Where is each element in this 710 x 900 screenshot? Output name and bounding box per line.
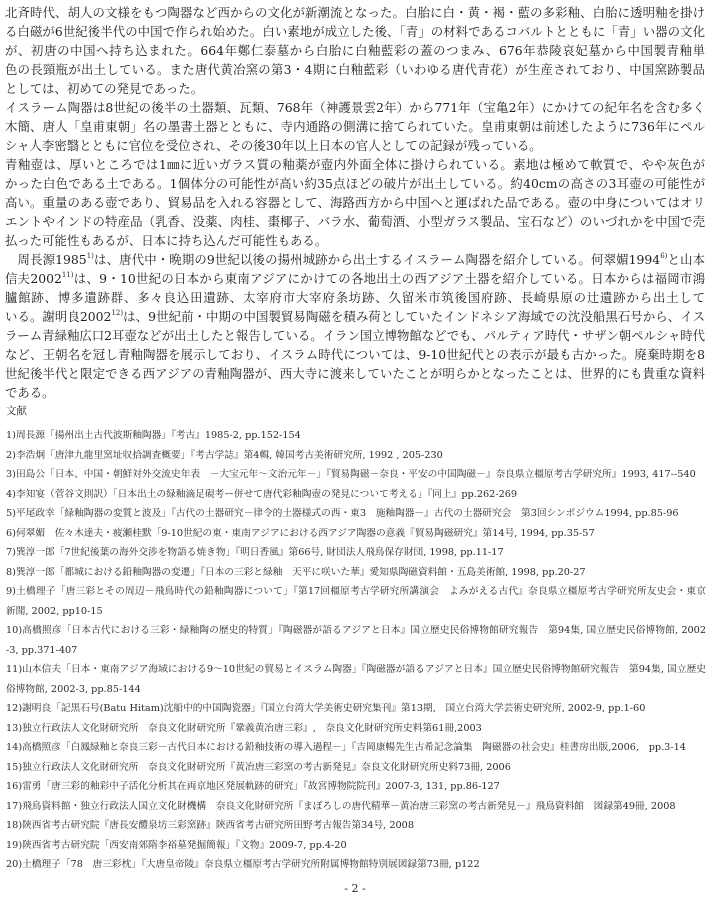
body-line: かった白色である土である。1個体分の可能性が高い約35点ほどの破片が出土している… xyxy=(5,174,705,193)
body-text-segment: は、唐代中・晩期の9世紀以後の揚州城跡から出土するイスラーム陶器を紹介している。… xyxy=(94,252,660,267)
reference-item: 20)土橋理子「78 唐三彩枕」『大唐皇帝陵』奈良県立橿原考古学研究所附属博物館… xyxy=(6,855,706,875)
reference-item: 12)謝明良「記黒石号(Batu Hitam)沈船中的中国陶瓷器」『国立台湾大学… xyxy=(6,699,706,719)
citation-marker: 12) xyxy=(111,309,123,317)
reference-item: 5)平尾政幸「緑釉陶器の変質と波及」『古代の土器研究－律令的土器様式の西・東3 … xyxy=(6,504,706,524)
references-heading: 文献 xyxy=(6,402,27,421)
reference-item-continuation: 新聞, 2002, pp10-15 xyxy=(6,602,706,622)
reference-item: 7)巽淳一郎「7世紀後葉の海外交渉を物語る焼き物」『明日香風』第66号, 財団法… xyxy=(6,543,706,563)
body-line: イスラーム陶器は8世紀の後半の土器類、瓦類、768年（神護景雲2年）から771年… xyxy=(5,98,705,117)
body-line: る白磁が6世紀後半代の中国で作られ始めた。白い素地が成立した後、「青」の材料であ… xyxy=(5,22,705,41)
body-line: 臚館跡、博多遺跡群、多々良込田遺跡、太宰府市大宰府条坊跡、久留米市筑後国府跡、長… xyxy=(5,288,705,307)
paragraph-prior-research: 周長源19851)は、唐代中・晩期の9世紀以後の揚州城跡から出土するイスラーム陶… xyxy=(5,250,705,402)
reference-item: 18)陝西省考古研究院『唐長安醴泉坊三彩窯跡』陝西省考古研究所田野考古報告第34… xyxy=(6,816,706,836)
reference-item-continuation: -3, pp.371-407 xyxy=(6,641,706,661)
reference-item-continuation: 俗博物館, 2002-3, pp.85-144 xyxy=(6,680,706,700)
reference-item: 13)独立行政法人文化財研究所 奈良文化財研究所『鞏義黄冶唐三彩』, 奈良文化財… xyxy=(6,719,706,739)
reference-item: 11)山本信夫「日本・東南アジア海域における9～10世紀の貿易とイスラム陶器」『… xyxy=(6,660,706,680)
body-text-segment: 信夫2002 xyxy=(5,271,62,286)
body-line: など、王朝名を冠し青釉陶器を展示しており、イスラム時代については、9-10世紀代… xyxy=(5,345,705,364)
reference-item: 19)陝西省考古研究院「西安南郊隋李裕墓発掘簡報」『文物』2009-7, pp.… xyxy=(6,836,706,856)
body-text-segment: 周長源1985 xyxy=(5,252,87,267)
body-line: シャ人李密翳とともに官位を受位され、その後30年以上日本の官人としての記録が残っ… xyxy=(5,136,705,155)
body-text-segment: は、9・10世紀の日本から東南アジアにかけての各地出土の西アジア土器を紹介してい… xyxy=(74,271,705,286)
body-line: 信夫200211)は、9・10世紀の日本から東南アジアにかけての各地出土の西アジ… xyxy=(5,269,705,288)
reference-item: 1)周長源「揚州出土古代波斯釉陶器」『考古』1985-2, pp.152-154 xyxy=(6,426,706,446)
body-line: が、初唐の中国へ持ち込まれた。664年鄭仁泰墓から白胎に白釉藍彩の蓋のつまみ、6… xyxy=(5,41,705,60)
citation-marker: 1) xyxy=(87,252,94,260)
document-page: 北斉時代、胡人の文様をもつ陶器など西からの文化が新潮流となった。白胎に白・黄・褐… xyxy=(0,0,710,900)
body-line: いる。謝明良200212)は、9世紀前・中期の中国製貿易陶磁を積み荷としていたイ… xyxy=(5,307,705,326)
reference-item: 6)何翠媚 佐々木達夫・疲瀬桂默「9-10世紀の東・東南アジアにおける西アジア陶… xyxy=(6,524,706,544)
body-text-segment: いる。謝明良2002 xyxy=(5,309,111,324)
body-line: エントやインドの特産品（乳香、没薬、肉桂、棗椰子、バラ水、葡萄酒、小型ガラス製品… xyxy=(5,212,705,231)
body-line: 周長源19851)は、唐代中・晩期の9世紀以後の揚州城跡から出土するイスラーム陶… xyxy=(5,250,705,269)
reference-item: 10)高橋照彦「日本古代における三彩・緑釉陶の歴史的特質」『陶磁器が語るアジアと… xyxy=(6,621,706,641)
reference-item: 15)独立行政法人文化財研究所 奈良文化財研究所『黄冶唐三彩窯の考古新発見』奈良… xyxy=(6,758,706,778)
body-line: 色の長頸瓶が出土している。また唐代黄冶窯の第3・4期に白釉藍彩（いわゆる唐代青花… xyxy=(5,60,705,79)
body-line: 世紀後半代と限定できる西アジアの青釉陶器が、西大寺に渡来していたことが明らかとな… xyxy=(5,364,705,383)
body-text-segment: と山本 xyxy=(667,252,705,267)
reference-item: 17)飛鳥資料館・独立行政法人国立文化財機構 奈良文化財研究所『まぼろしの唐代精… xyxy=(6,797,706,817)
paragraph-islamic-pottery: イスラーム陶器は8世紀の後半の土器類、瓦類、768年（神護景雲2年）から771年… xyxy=(5,98,705,155)
body-line: である。 xyxy=(5,383,705,402)
body-text: 北斉時代、胡人の文様をもつ陶器など西からの文化が新潮流となった。白胎に白・黄・褐… xyxy=(5,3,705,402)
reference-item: 9)土橋理子「唐三彩とその周辺－飛鳥時代の鉛釉陶器について」『第17回橿原考古学… xyxy=(6,582,706,602)
reference-item: 4)李知宴（菅谷文則訳）「日本出土の緑釉滴足硯考ー併せて唐代彩釉陶壺の発見につい… xyxy=(6,485,706,505)
body-line: 払った可能性もあるが、日本に持ち込んだ可能性もある。 xyxy=(5,231,705,250)
body-line: 青釉壺は、厚いところでは1㎜に近いガラス質の釉薬が壺内外面全体に掛けられている。… xyxy=(5,155,705,174)
reference-item: 16)雷勇「唐三彩的釉彩中子活化分析其在両京地区発展軌跡的研究」『故宮博物院院刊… xyxy=(6,777,706,797)
reference-item: 14)高橋照彦「白鳳緑釉と奈良三彩－古代日本における鉛釉技術の導入過程－」『吉岡… xyxy=(6,738,706,758)
body-line: ラーム青緑釉広口2耳壺などが出土したと報告している。イラン国立博物館などでも、パ… xyxy=(5,326,705,345)
reference-item: 8)巽淳一郎「都城における鉛釉陶器の変遷」『日本の三彩と緑釉 天平に咲いた華』愛… xyxy=(6,563,706,583)
page-number: - 2 - xyxy=(0,881,710,897)
paragraph-blue-glazed-jar: 青釉壺は、厚いところでは1㎜に近いガラス質の釉薬が壺内外面全体に掛けられている。… xyxy=(5,155,705,250)
citation-marker: 11) xyxy=(62,271,74,279)
reference-item: 3)田島公「日本、中国・朝鮮対外交流史年表 －大宝元年～文治元年－」『貿易陶磁－… xyxy=(6,465,706,485)
body-text-segment: は、9世紀前・中期の中国製貿易陶磁を積み荷としていたインドネシア海域での沈没船黒… xyxy=(123,309,705,324)
body-line: としては、初めての発見であった。 xyxy=(5,79,705,98)
body-line: 木簡、唐人「皇甫東朝」名の墨書土器とともに、寺内通路の側溝に捨てられていた。皇甫… xyxy=(5,117,705,136)
reference-item: 2)李浩炯「唐津九龍里窯址収拾調査概要」『考古学誌』第4輯, 韓国考古美術研究所… xyxy=(6,446,706,466)
references-list: 1)周長源「揚州出土古代波斯釉陶器」『考古』1985-2, pp.152-154… xyxy=(6,426,706,875)
body-line: 高い。重量のある壺であり、貿易品を入れる容器として、海路西方から中国へと運ばれた… xyxy=(5,193,705,212)
body-line: 北斉時代、胡人の文様をもつ陶器など西からの文化が新潮流となった。白胎に白・黄・褐… xyxy=(5,3,705,22)
paragraph-northern-qi-ceramics: 北斉時代、胡人の文様をもつ陶器など西からの文化が新潮流となった。白胎に白・黄・褐… xyxy=(5,3,705,98)
